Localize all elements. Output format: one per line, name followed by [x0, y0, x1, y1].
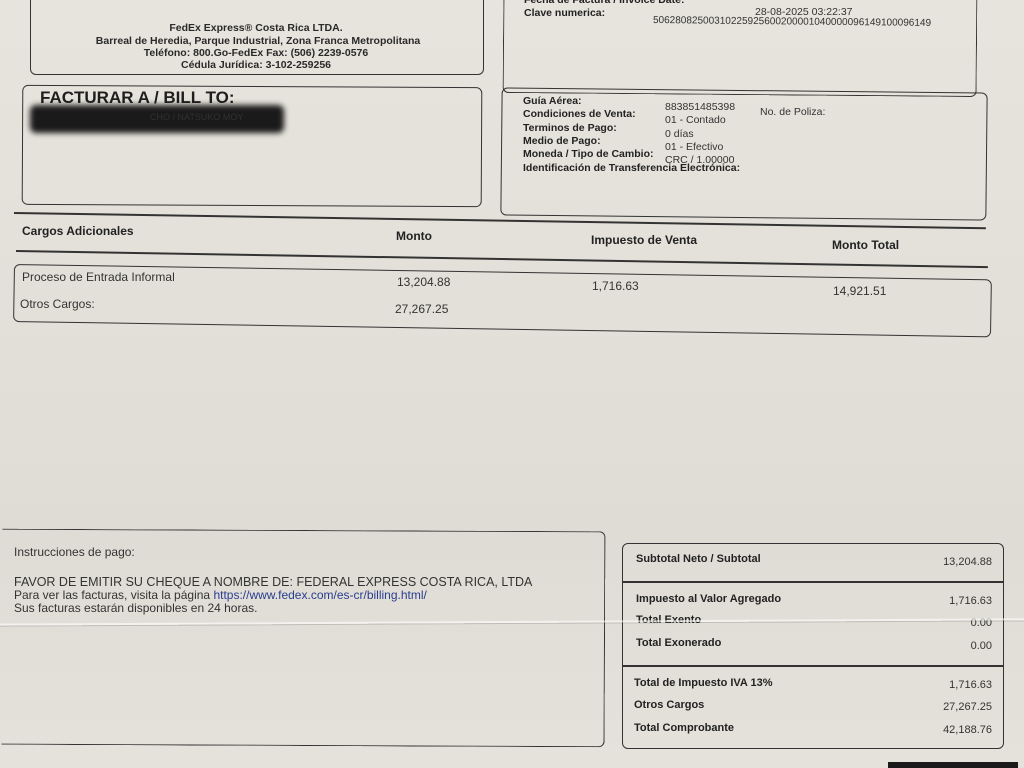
numeric-key-label: Clave numerica: — [524, 7, 605, 19]
issuer-legal-id: Cédula Jurídica: 3-102-259256 — [0, 59, 512, 71]
policy-label: No. de Poliza: — [760, 106, 825, 118]
charge-tax: 1,716.63 — [592, 279, 639, 293]
shipment-field-label: Guía Aérea: — [523, 95, 582, 107]
header-bottom-rule — [16, 250, 988, 268]
iva-total-label: Total de Impuesto IVA 13% — [634, 677, 773, 689]
issuer-name: FedEx Express® Costa Rica LTDA. — [0, 22, 512, 34]
shipment-field-value: 01 - Contado — [665, 114, 726, 126]
bill-to-name: CHO / NATSUKO MOY — [150, 112, 243, 122]
shipment-field-label: Medio de Pago: — [523, 135, 601, 147]
issuer-address: Barreal de Heredia, Parque Industrial, Z… — [0, 35, 516, 47]
otros-label: Otros Cargos — [634, 699, 704, 711]
logo-fragment — [888, 762, 1018, 768]
comprobante-value: 42,188.76 — [872, 724, 992, 736]
header-monto-total: Monto Total — [832, 238, 899, 252]
payment-instructions-box — [2, 529, 606, 748]
payment-title: Instrucciones de pago: — [14, 545, 135, 559]
summary-rule-1 — [623, 581, 1003, 583]
shipment-field-label: Moneda / Tipo de Cambio: — [523, 148, 653, 160]
payment-line1: FAVOR DE EMITIR SU CHEQUE A NOMBRE DE: F… — [14, 575, 532, 589]
charge-description: Proceso de Entrada Informal — [22, 270, 175, 284]
header-monto: Monto — [396, 229, 432, 243]
billing-link[interactable]: https://www.fedex.com/es-cr/billing.html… — [213, 588, 426, 602]
shipment-field-value: 883851485398 — [665, 101, 735, 113]
charge-description: Otros Cargos: — [20, 297, 95, 311]
iva-total-value: 1,716.63 — [872, 679, 992, 691]
shipment-field-value: 01 - Efectivo — [665, 141, 723, 153]
header-impuesto: Impuesto de Venta — [591, 233, 697, 247]
exonerado-value: 0.00 — [872, 640, 992, 652]
comprobante-label: Total Comprobante — [634, 722, 734, 734]
otros-value: 27,267.25 — [872, 701, 992, 713]
payment-line2-text: Para ver las facturas, visita la página — [14, 588, 213, 602]
shipment-field-value: 0 días — [665, 128, 694, 140]
exonerado-label: Total Exonerado — [636, 637, 721, 649]
payment-line3: Sus facturas estarán disponibles en 24 h… — [14, 601, 257, 615]
iva-value: 1,716.63 — [872, 595, 992, 607]
charge-amount: 27,267.25 — [395, 302, 448, 316]
issuer-phone-fax: Teléfono: 800.Go-FedEx Fax: (506) 2239-0… — [0, 47, 512, 59]
invoice-date-label: Fecha de Factura / Invoice Date: — [524, 0, 684, 6]
subtotal-label: Subtotal Neto / Subtotal — [636, 553, 761, 565]
charge-total: 14,921.51 — [833, 284, 886, 298]
payment-line2: Para ver las facturas, visita la página … — [14, 588, 427, 602]
charge-amount: 13,204.88 — [397, 275, 450, 289]
shipment-field-label: Terminos de Pago: — [523, 122, 617, 134]
invoice-page: FedEx Express® Costa Rica LTDA. Barreal … — [0, 0, 1024, 768]
shipment-field-label: Identificación de Transferencia Electrón… — [523, 162, 740, 174]
subtotal-value: 13,204.88 — [872, 556, 992, 568]
summary-rule-2 — [623, 665, 1003, 667]
header-cargos: Cargos Adicionales — [22, 224, 134, 238]
iva-label: Impuesto al Valor Agregado — [636, 593, 781, 605]
shipment-field-label: Condiciones de Venta: — [523, 108, 636, 120]
